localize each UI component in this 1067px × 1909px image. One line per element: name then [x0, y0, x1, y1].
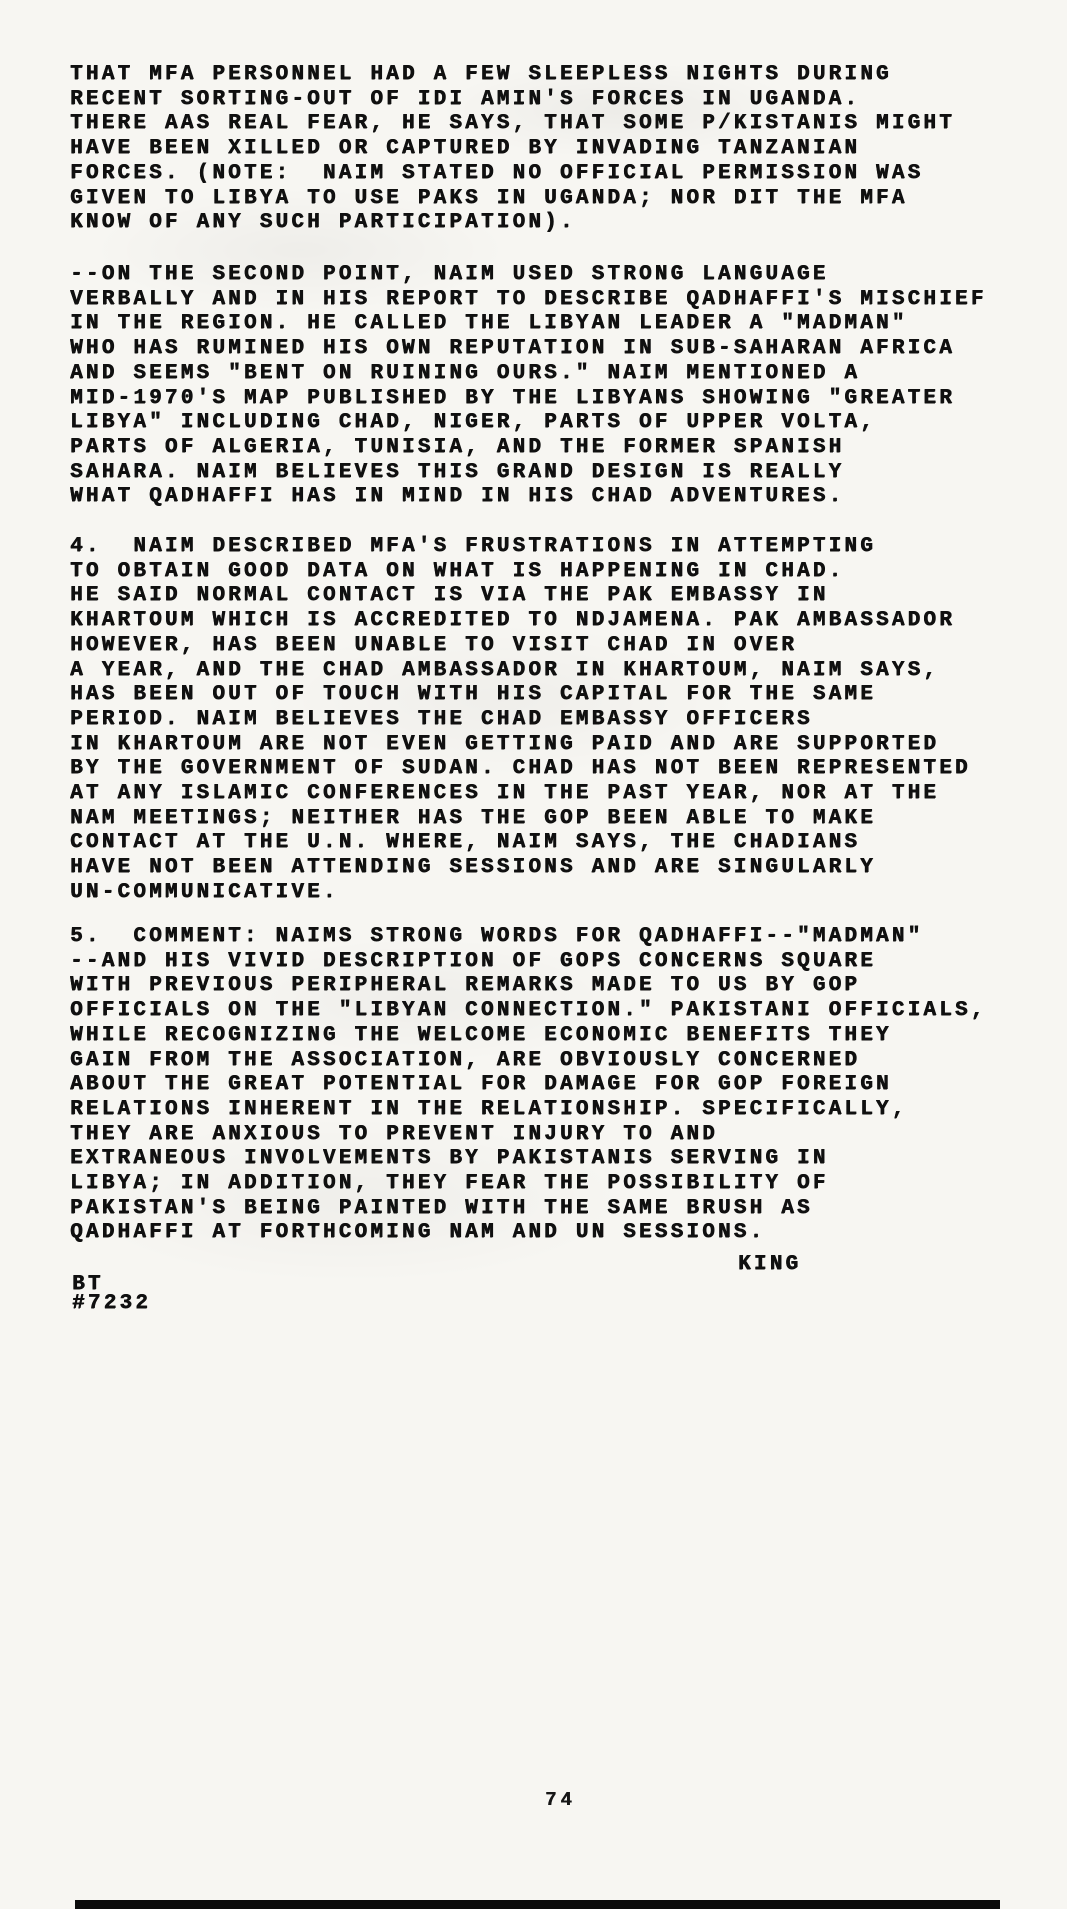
- paragraph-5-comment: 5. COMMENT: NAIMS STRONG WORDS FOR QADHA…: [70, 925, 987, 1246]
- signoff-name: KING: [738, 1253, 801, 1278]
- paragraph-second-point: --ON THE SECOND POINT, NAIM USED STRONG …: [70, 263, 987, 510]
- scanned-cable-page: THAT MFA PERSONNEL HAD A FEW SLEEPLESS N…: [0, 0, 1067, 1909]
- cable-number: #7232: [72, 1292, 151, 1317]
- scan-artifact-bar: [75, 1900, 1000, 1909]
- paragraph-4: 4. NAIM DESCRIBED MFA'S FRUSTRATIONS IN …: [70, 535, 971, 906]
- paragraph-continuation: THAT MFA PERSONNEL HAD A FEW SLEEPLESS N…: [70, 63, 955, 236]
- page-number: 74: [545, 1789, 576, 1811]
